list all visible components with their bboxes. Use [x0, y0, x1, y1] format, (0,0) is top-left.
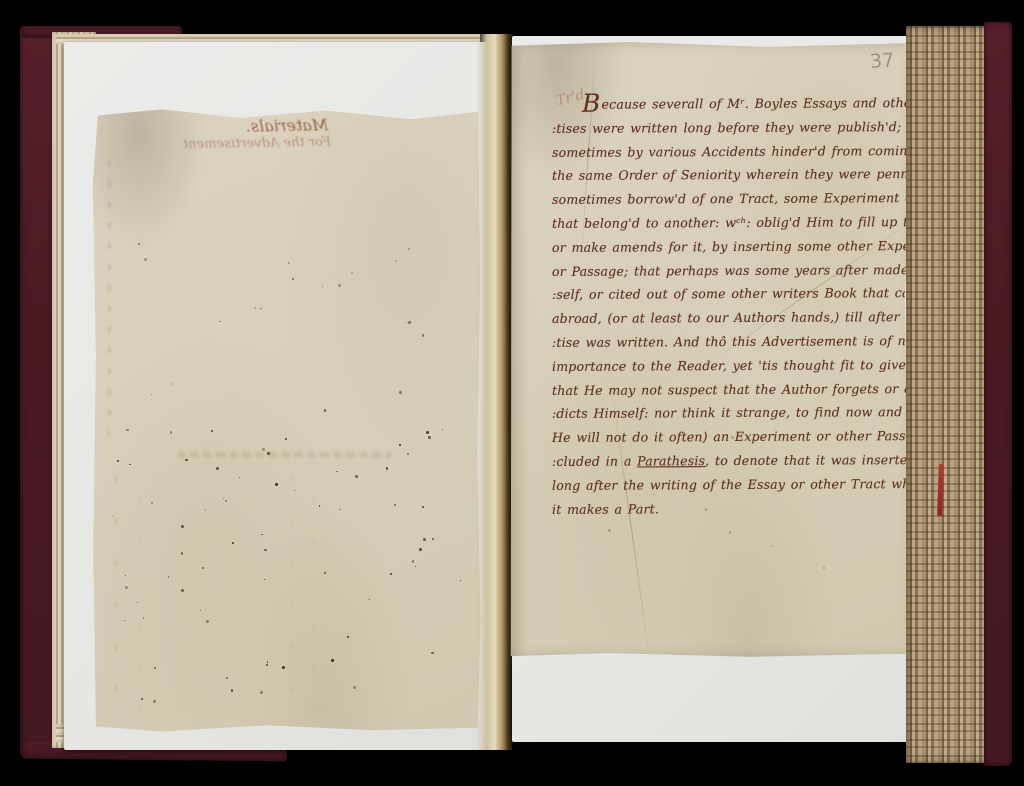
- ink-speck: [322, 285, 323, 286]
- manuscript-line: sometimes borrow'd of one Tract, some Ex…: [552, 186, 910, 212]
- manuscript-text-block: Because severall of Mʳ. Boyles Essays an…: [552, 92, 910, 520]
- ink-speck: [408, 321, 411, 324]
- bleedthrough-line: [291, 476, 292, 482]
- ink-speck: [757, 467, 759, 469]
- ink-speck: [254, 307, 256, 309]
- book-photograph: Materials. For the Advertisement 37 Tr'd…: [0, 0, 1024, 786]
- ink-speck: [336, 471, 338, 473]
- bleedthrough-line: [139, 539, 140, 545]
- ink-speck: [331, 659, 334, 662]
- ink-speck: [390, 573, 392, 575]
- ink-speck: [288, 262, 291, 265]
- ink-speck: [181, 525, 184, 528]
- ink-speck: [223, 498, 225, 500]
- bleedthrough-line: [108, 410, 111, 416]
- bleedthrough-line: [108, 285, 111, 291]
- manuscript-line: the same Order of Seniority wherein they…: [552, 162, 910, 188]
- bleedthrough-line: [139, 707, 140, 713]
- ink-speck: [154, 667, 156, 669]
- bleedthrough-line: [108, 306, 111, 312]
- ink-speck: [292, 278, 294, 280]
- ink-speck: [124, 620, 125, 621]
- ink-speck: [126, 429, 129, 432]
- ink-speck: [113, 516, 114, 517]
- ink-speck: [428, 436, 431, 439]
- ink-speck: [415, 566, 416, 567]
- ink-speck: [141, 698, 143, 700]
- bleedthrough-line: [108, 389, 111, 395]
- manuscript-line: :self, or cited out of some other writer…: [552, 281, 910, 307]
- left-manuscript-leaf: Materials. For the Advertisement: [92, 108, 482, 734]
- bleedthrough-line: [139, 623, 140, 629]
- bleedthrough-line: [291, 602, 292, 608]
- manuscript-line: abroad, (or at least to our Authors hand…: [552, 305, 910, 331]
- ink-speck: [653, 493, 654, 494]
- ink-speck: [261, 534, 263, 536]
- manuscript-line: importance to the Reader, yet 'tis thoug…: [552, 353, 910, 379]
- manuscript-line: that belong'd to another: wᶜʰ: oblig'd H…: [552, 210, 910, 236]
- ink-speck: [129, 464, 131, 466]
- bleedthrough-line: [314, 497, 315, 503]
- ink-speck: [144, 258, 147, 261]
- bleedthrough-line: [291, 686, 292, 692]
- ink-speck: [168, 576, 169, 577]
- ink-speck: [225, 500, 227, 502]
- bleedthrough-line: [314, 665, 315, 671]
- ink-speck: [204, 450, 205, 451]
- ink-speck: [294, 490, 295, 491]
- bleedthrough-line: [314, 539, 315, 545]
- manuscript-line: that He may not suspect that the Author …: [552, 377, 910, 403]
- manuscript-line: Because severall of Mʳ. Boyles Essays an…: [552, 91, 910, 117]
- manuscript-line: long after the writing of the Essay or o…: [552, 472, 910, 498]
- ink-speck: [137, 602, 138, 603]
- ink-speck: [406, 322, 407, 323]
- ink-speck: [267, 452, 270, 455]
- ink-speck: [138, 243, 140, 245]
- manuscript-line: it makes a Part.: [552, 496, 910, 522]
- ink-speck: [324, 409, 327, 412]
- ink-speck: [216, 467, 219, 470]
- bleedthrough-line: [108, 347, 111, 353]
- bleedthrough-line: [115, 686, 116, 692]
- ink-speck: [153, 700, 156, 703]
- ink-speck: [181, 589, 184, 592]
- bleedthrough-line: [291, 560, 292, 566]
- bleedthrough-line: [115, 560, 116, 566]
- ink-speck: [170, 431, 172, 433]
- bleedthrough-line: [291, 644, 292, 650]
- bleedthrough-line: [115, 518, 116, 524]
- ink-speck: [200, 610, 201, 611]
- ink-speck: [422, 334, 424, 336]
- ink-speck: [394, 504, 396, 506]
- ink-speck: [823, 567, 825, 569]
- bleedthrough-line: [108, 222, 111, 228]
- ink-speck: [267, 661, 269, 663]
- ink-speck: [260, 308, 262, 310]
- ink-speck: [266, 664, 268, 666]
- ink-speck: [386, 467, 389, 470]
- bleedthrough-line: [291, 518, 292, 524]
- fore-edge-page-block: [906, 26, 990, 763]
- ink-speck: [285, 438, 287, 440]
- bleedthrough-line: [108, 326, 111, 332]
- ink-speck: [338, 284, 341, 287]
- ink-speck: [226, 677, 228, 679]
- manuscript-line: :dicts Himself: nor think it strange, to…: [552, 400, 910, 426]
- ink-speck: [181, 552, 183, 554]
- bleedthrough-line: [108, 243, 111, 249]
- page-number: 37: [869, 49, 895, 73]
- bleedthrough-line: [314, 707, 315, 713]
- bleedthrough-line: [115, 644, 116, 650]
- manuscript-line: or Passage; that perhaps was some years …: [552, 258, 910, 284]
- bleedthrough-line: [115, 602, 116, 608]
- ink-speck: [260, 691, 263, 694]
- right-cover-board: [984, 22, 1012, 766]
- ink-speck: [275, 483, 278, 486]
- book-gutter: [476, 34, 512, 750]
- ink-speck: [353, 686, 355, 688]
- bleedthrough-line: [139, 665, 140, 671]
- ink-speck: [324, 572, 326, 574]
- bleedthrough-line: [108, 202, 111, 208]
- bleedthrough-line: [108, 181, 111, 187]
- ink-speck: [264, 579, 266, 581]
- ink-speck: [185, 459, 187, 461]
- underlined-word: Parathesis: [637, 453, 705, 468]
- ink-speck: [369, 599, 370, 600]
- ink-speck: [347, 636, 349, 638]
- manuscript-line: :cluded in a Parathesis, to denote that …: [552, 448, 910, 474]
- ink-speck: [351, 272, 353, 274]
- ink-speck: [771, 545, 773, 547]
- ink-speck: [262, 448, 264, 450]
- manuscript-line: sometimes by various Accidents hinder'd …: [552, 139, 910, 165]
- ink-speck: [419, 548, 422, 551]
- ink-speck: [219, 321, 220, 322]
- ink-speck: [608, 529, 610, 531]
- bleedthrough-line: [108, 264, 111, 270]
- bleedthrough-line: [108, 160, 110, 166]
- ink-speck: [422, 506, 424, 508]
- ink-speck: [432, 538, 434, 540]
- bleedthrough-line: [108, 430, 110, 436]
- manuscript-line: :tise was written. And thô this Advertis…: [552, 329, 910, 355]
- ink-speck: [442, 429, 443, 430]
- ink-speck: [202, 567, 204, 569]
- ink-speck: [399, 391, 401, 393]
- bleedthrough-line: [139, 581, 140, 587]
- ink-speck: [125, 575, 126, 576]
- manuscript-line: :tises were written long before they wer…: [552, 115, 910, 141]
- ink-speck: [231, 689, 233, 691]
- ink-speck: [232, 542, 234, 544]
- ink-speck: [355, 475, 358, 478]
- ink-speck: [431, 652, 434, 655]
- ink-speck: [460, 580, 461, 581]
- ink-speck: [339, 509, 340, 510]
- bleedthrough-line: [314, 623, 315, 629]
- ink-speck: [264, 549, 266, 551]
- ink-speck: [151, 502, 153, 504]
- ink-speck: [407, 453, 409, 455]
- ink-speck: [151, 394, 152, 395]
- ink-speck: [426, 431, 428, 433]
- ink-speck: [206, 620, 209, 623]
- bleedthrough-line: [115, 476, 116, 482]
- ink-speck: [423, 538, 426, 541]
- bleedthrough-line: [108, 368, 111, 374]
- bleedthrough-line: [139, 497, 140, 503]
- ink-speck: [729, 531, 731, 533]
- ink-speck: [205, 509, 207, 511]
- ink-speck: [211, 430, 213, 432]
- ink-speck: [172, 383, 173, 384]
- ink-speck: [395, 260, 397, 262]
- ink-speck: [282, 666, 285, 669]
- bleedthrough-line: [314, 581, 315, 587]
- right-manuscript-leaf: 37 Tr'd Because severall of Mʳ. Boyles E…: [510, 42, 908, 658]
- ink-speck: [319, 505, 321, 507]
- ink-speck: [117, 460, 119, 462]
- ink-speck: [143, 617, 145, 619]
- ink-speck: [399, 444, 401, 446]
- ink-speck: [125, 586, 128, 589]
- manuscript-line: or make amends for it, by inserting some…: [552, 234, 910, 260]
- bleedthrough-index-title: [178, 452, 393, 458]
- ink-speck: [412, 560, 415, 563]
- ink-speck: [239, 477, 240, 478]
- ink-speck: [408, 248, 410, 250]
- left-cover-board: [20, 26, 54, 758]
